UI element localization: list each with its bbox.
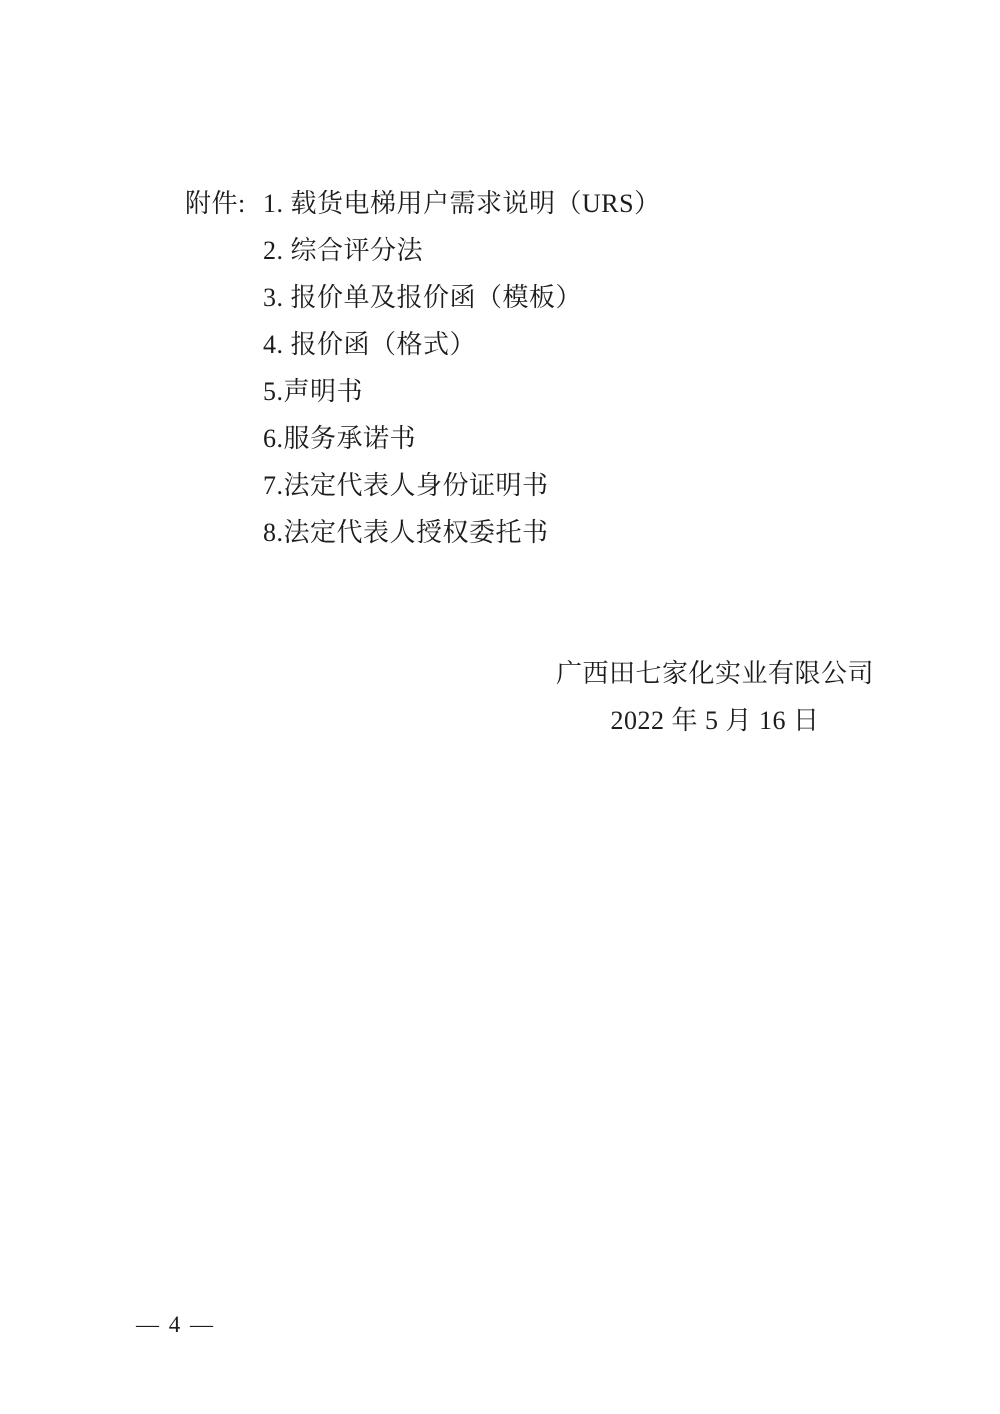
attachment-item-1: 1. 载货电梯用户需求说明（URS） [263,180,661,227]
document-page: 附件: 1. 载货电梯用户需求说明（URS） 2. 综合评分法 3. 报价单及报… [0,0,1000,1414]
attachment-item-5: 5.声明书 [263,368,661,415]
attachment-item-4: 4. 报价函（格式） [263,321,661,368]
attachment-item-6: 6.服务承诺书 [263,415,661,462]
attachment-item-8: 8.法定代表人授权委托书 [263,509,661,556]
signature-date: 2022 年 5 月 16 日 [490,697,940,744]
attachments-first-row: 附件: 1. 载货电梯用户需求说明（URS） [185,180,661,227]
attachment-item-2: 2. 综合评分法 [263,227,661,274]
attachments-label: 附件: [185,180,263,227]
signature-block: 广西田七家化实业有限公司 2022 年 5 月 16 日 [490,650,940,744]
company-name: 广西田七家化实业有限公司 [490,650,940,697]
page-number: — 4 — [136,1310,215,1340]
attachments-block: 附件: 1. 载货电梯用户需求说明（URS） 2. 综合评分法 3. 报价单及报… [185,180,661,556]
attachment-item-3: 3. 报价单及报价函（模板） [263,274,661,321]
attachment-item-7: 7.法定代表人身份证明书 [263,462,661,509]
